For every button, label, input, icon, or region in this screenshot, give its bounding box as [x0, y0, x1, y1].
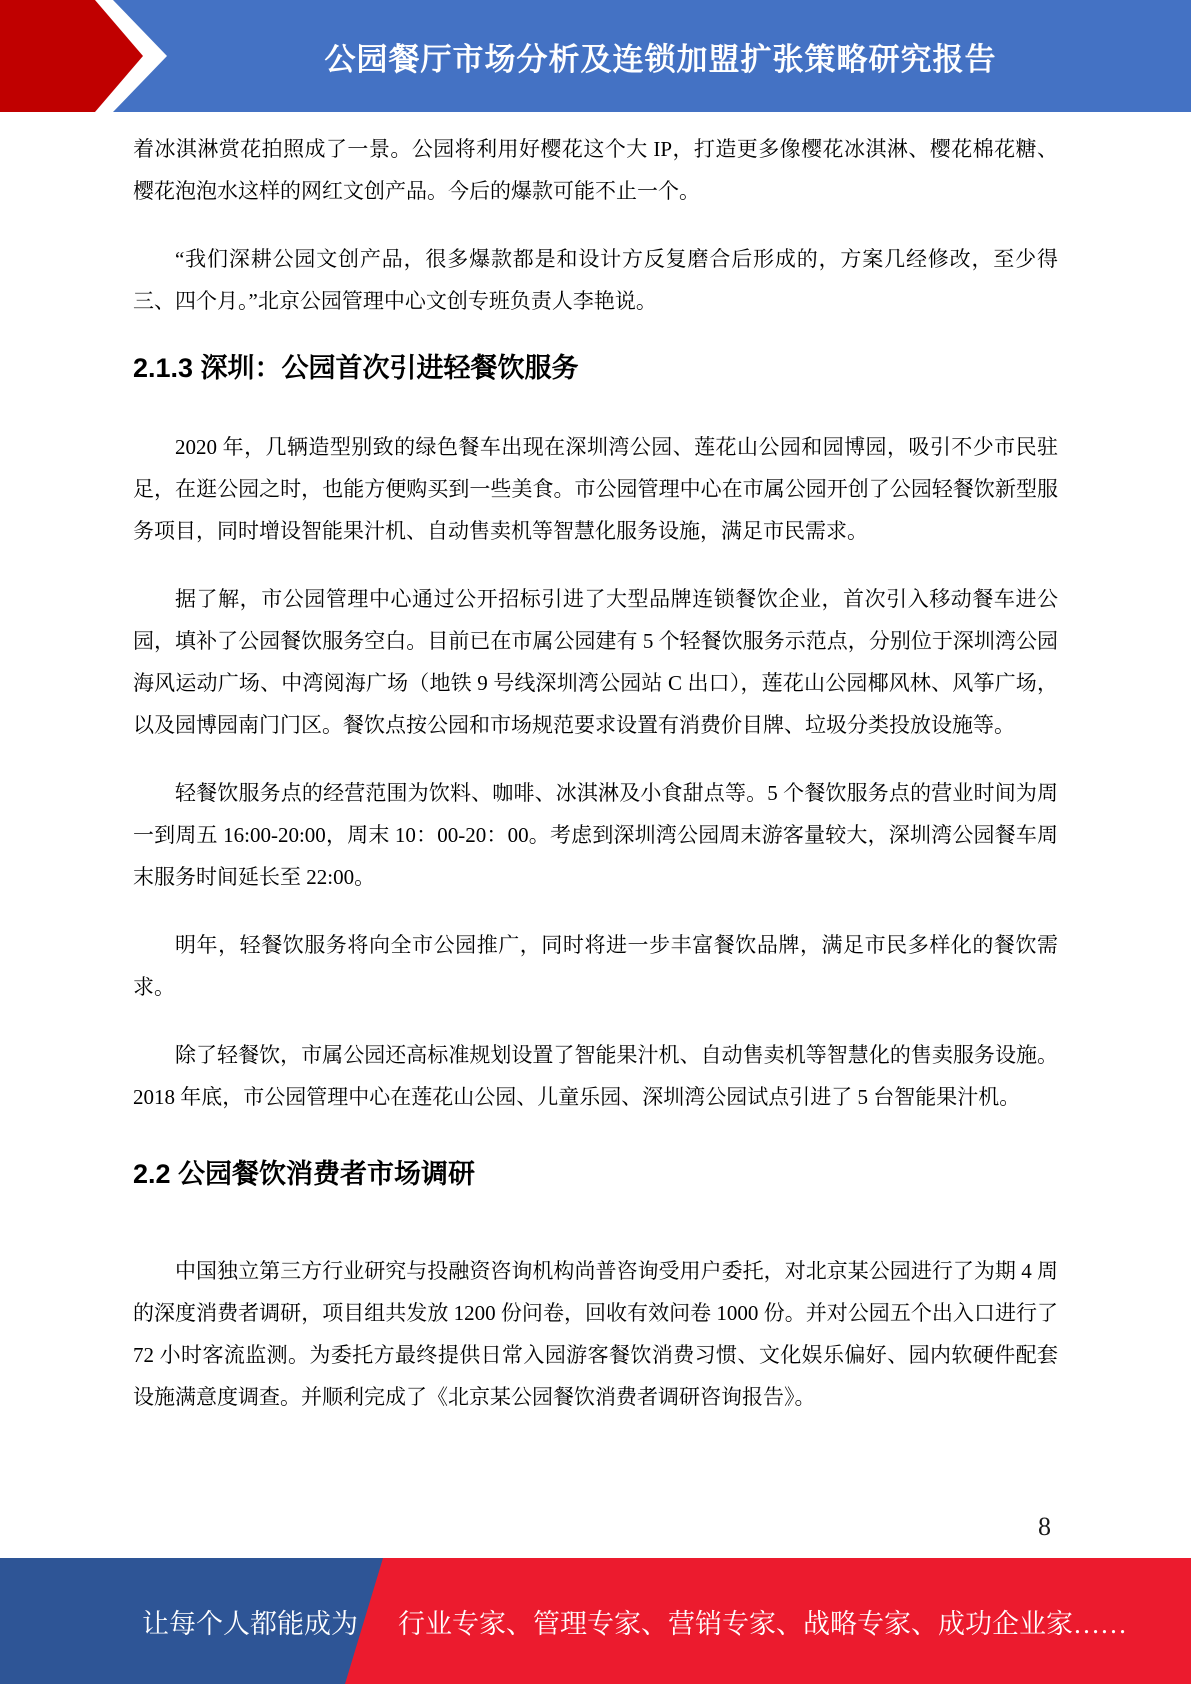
red-chevron-arrow-icon: [0, 0, 170, 112]
paragraph: 轻餐饮服务点的经营范围为饮料、咖啡、冰淇淋及小食甜点等。5 个餐饮服务点的营业时…: [133, 772, 1058, 898]
section-heading-2-1-3: 2.1.3 深圳：公园首次引进轻餐饮服务: [133, 348, 1058, 388]
footer-slogan-right: 行业专家、管理专家、营销专家、战略专家、成功企业家……: [398, 1558, 1127, 1684]
section-heading-2-2: 2.2 公园餐饮消费者市场调研: [133, 1154, 1058, 1194]
footer-banner: 让每个人都能成为 行业专家、管理专家、营销专家、战略专家、成功企业家……: [0, 1558, 1191, 1684]
footer-slogan-left: 让每个人都能成为: [0, 1558, 358, 1684]
paragraph: 2020 年，几辆造型别致的绿色餐车出现在深圳湾公园、莲花山公园和园博园，吸引不…: [133, 426, 1058, 552]
paragraph: 据了解，市公园管理中心通过公开招标引进了大型品牌连锁餐饮企业，首次引入移动餐车进…: [133, 578, 1058, 746]
report-title: 公园餐厅市场分析及连锁加盟扩张策略研究报告: [170, 0, 1151, 112]
document-body: 着冰淇淋赏花拍照成了一景。公园将利用好樱花这个大 IP，打造更多像樱花冰淇淋、樱…: [0, 112, 1191, 1418]
header-banner: 公园餐厅市场分析及连锁加盟扩张策略研究报告: [0, 0, 1191, 112]
page-number: 8: [1038, 1512, 1051, 1542]
document-page: 公园餐厅市场分析及连锁加盟扩张策略研究报告 着冰淇淋赏花拍照成了一景。公园将利用…: [0, 0, 1191, 1684]
paragraph: “我们深耕公园文创产品，很多爆款都是和设计方反复磨合后形成的，方案几经修改，至少…: [133, 238, 1058, 322]
paragraph: 着冰淇淋赏花拍照成了一景。公园将利用好樱花这个大 IP，打造更多像樱花冰淇淋、樱…: [133, 128, 1058, 212]
paragraph: 明年，轻餐饮服务将向全市公园推广，同时将进一步丰富餐饮品牌，满足市民多样化的餐饮…: [133, 924, 1058, 1008]
paragraph: 除了轻餐饮，市属公园还高标准规划设置了智能果汁机、自动售卖机等智慧化的售卖服务设…: [133, 1034, 1058, 1118]
paragraph: 中国独立第三方行业研究与投融资咨询机构尚普咨询受用户委托，对北京某公园进行了为期…: [133, 1250, 1058, 1418]
